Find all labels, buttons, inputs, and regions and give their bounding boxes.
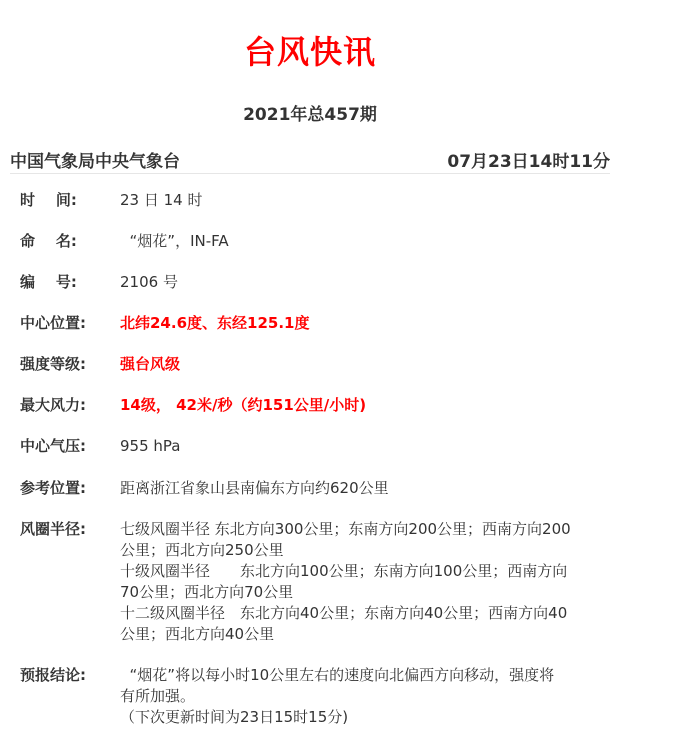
wind-radius-line: 十级风圈半径 东北方向100公里；东南方向100公里；西南方向	[120, 561, 600, 582]
wind-radius-line: 七级风圈半径 东北方向300公里；东南方向200公里；西南方向200	[120, 519, 600, 540]
forecast-next-update: （下次更新时间为23日15时15分)	[120, 707, 600, 728]
field-value: 955 hPa	[120, 436, 600, 457]
field-value: 2106 号	[120, 272, 600, 293]
issue-number: 2021年总457期	[0, 103, 620, 127]
publish-time: 07月23日14时11分	[447, 147, 610, 172]
field-value: 七级风圈半径 东北方向300公里；东南方向200公里；西南方向200 公里；西北…	[120, 519, 600, 645]
source-name: 中国气象局中央气象台	[10, 147, 180, 172]
wind-radius-line: 公里；西北方向250公里	[120, 540, 600, 561]
field-value: 北纬24.6度、东经125.1度	[120, 313, 600, 334]
field-label: 强度等级:	[20, 354, 115, 375]
wind-radius-line: 公里；西北方向40公里	[120, 624, 600, 645]
field-value: 距离浙江省象山县南偏东方向约620公里	[120, 478, 600, 499]
field-label: 中心气压:	[20, 436, 115, 457]
field-label: 中心位置:	[20, 313, 115, 334]
field-label: 参考位置:	[20, 478, 115, 499]
field-value: 强台风级	[120, 354, 600, 375]
forecast-line: 有所加强。	[120, 686, 600, 707]
field-label: 时 间:	[20, 190, 115, 211]
forecast-line: “烟花”将以每小时10公里左右的速度向北偏西方向移动，强度将	[120, 665, 600, 686]
field-label: 风圈半径:	[20, 519, 115, 540]
field-label: 预报结论:	[20, 665, 115, 686]
wind-radius-line: 70公里；西北方向70公里	[120, 582, 600, 603]
field-value: 14级， 42米/秒（约151公里/小时)	[120, 395, 600, 416]
field-label: 命 名:	[20, 231, 115, 252]
source-bar: 中国气象局中央气象台 07月23日14时11分	[10, 145, 610, 174]
field-label: 最大风力:	[20, 395, 115, 416]
wind-radius-line: 十二级风圈半径 东北方向40公里；东南方向40公里；西南方向40	[120, 603, 600, 624]
page-title: 台风快讯	[0, 30, 620, 74]
field-value: “烟花”将以每小时10公里左右的速度向北偏西方向移动，强度将 有所加强。 （下次…	[120, 665, 600, 728]
field-value: “烟花”，IN-FA	[120, 231, 600, 252]
field-value: 23 日 14 时	[120, 190, 600, 211]
field-label: 编 号:	[20, 272, 115, 293]
